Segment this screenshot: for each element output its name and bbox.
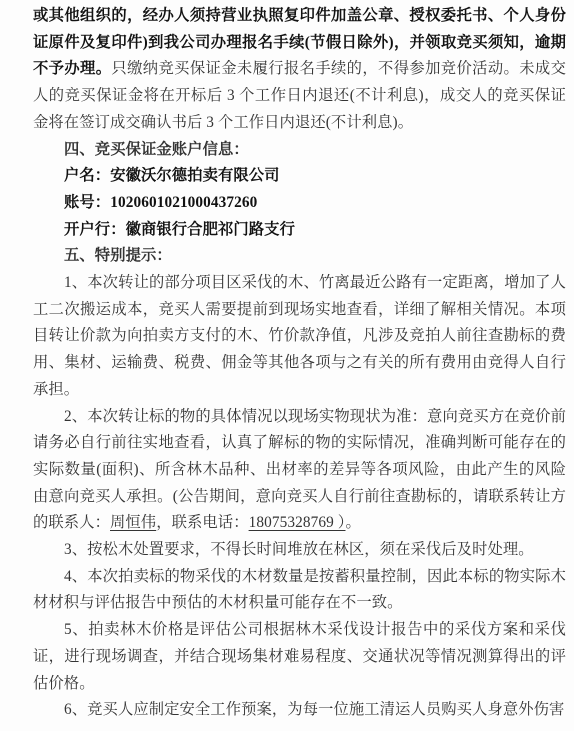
- note2-text: 2、本次转让标的物的具体情况以现场实物现状为准：意向竞买方在竞价前请务必自行前往…: [33, 408, 566, 532]
- account-holder-value: 安徽沃尔德拍卖有限公司: [110, 167, 279, 184]
- special-note-5: 5、拍卖林木价格是评估公司根据林木采伐设计报告中的采伐方案和采伐证，进行现场调查…: [33, 617, 566, 697]
- document-page: 或其他组织的，经办人须持营业执照复印件加盖公章、授权委托书、个人身份证原件及复印…: [0, 0, 574, 731]
- special-note-1: 1、本次转让的部分项目区采伐的木、竹离最近公路有一定距离，增加了人工二次搬运成本…: [33, 270, 566, 404]
- account-bank-value: 徽商银行合肥祁门路支行: [126, 221, 295, 238]
- account-number-label: 账号：: [64, 194, 110, 211]
- special-note-4: 4、本次拍卖标的物采伐的木材数量是按蓄积量控制，因此本标的物实际木材材积与评估报…: [33, 564, 566, 617]
- intro-regular-text: 只缴纳竞买保证金未履行报名手续的，不得参加竞价活动。未成交人的竞买保证金将在开标…: [33, 60, 566, 130]
- account-holder-row: 户名：安徽沃尔德拍卖有限公司: [33, 163, 566, 190]
- special-note-2: 2、本次转让标的物的具体情况以现场实物现状为准：意向竞买方在竞价前请务必自行前往…: [33, 404, 566, 538]
- special-note-3: 3、按松木处置要求，不得长时间堆放在林区，须在采伐后及时处理。: [33, 537, 566, 564]
- intro-paragraph: 或其他组织的，经办人须持营业执照复印件加盖公章、授权委托书、个人身份证原件及复印…: [33, 3, 566, 137]
- account-holder-label: 户名：: [64, 167, 110, 184]
- contact-name: 周恒伟: [110, 514, 156, 531]
- account-number-row: 账号：1020601021000437260: [33, 190, 566, 217]
- note2-tail-text: 。: [346, 514, 361, 531]
- account-number-value: 1020601021000437260: [110, 194, 257, 211]
- special-note-6: 6、竞买人应制定安全工作预案，为每一位施工清运人员购买人身意外伤害: [33, 697, 566, 724]
- contact-phone: 18075328769 ）: [249, 514, 346, 531]
- note2-mid-text: ，联系电话：: [156, 514, 248, 531]
- special-notes-heading: 五、特别提示：: [33, 243, 566, 270]
- deposit-account-heading: 四、竞买保证金账户信息：: [33, 137, 566, 164]
- account-bank-row: 开户行：徽商银行合肥祁门路支行: [33, 217, 566, 244]
- account-bank-label: 开户行：: [64, 221, 126, 238]
